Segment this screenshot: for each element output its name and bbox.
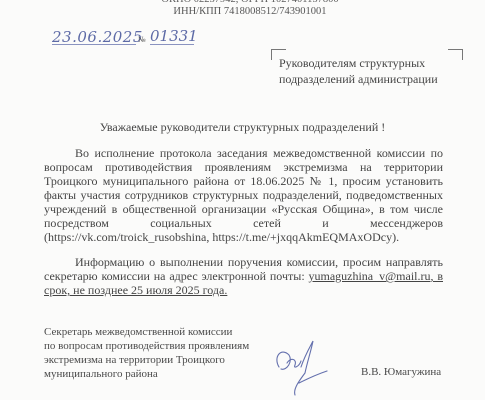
body-paragraph-2: Информацию о выполнении поручения комисс… <box>44 255 443 297</box>
email-link[interactable]: yumaguzhina_v@mail.ru <box>308 269 430 283</box>
greeting: Уважаемые руководители структурных подра… <box>0 120 485 135</box>
paragraph-1-text: Во исполнение протокола заседания межвед… <box>44 146 443 244</box>
handwritten-number: 01331 <box>150 27 198 45</box>
number-underline <box>150 44 194 45</box>
handwritten-signature-icon <box>271 337 331 397</box>
addressee-block: Руководителям структурных подразделений … <box>279 55 438 87</box>
okpo-ogrn-line: ОКПО 02237942, ОГРН 1027401157800 <box>150 0 350 5</box>
signature-title-block: Секретарь межведомственной комиссии по в… <box>44 325 249 381</box>
signature-title-line-3: экстремизма на территории Троицкого <box>44 353 249 367</box>
addressee-line-1: Руководителям структурных <box>279 55 438 71</box>
signature-title-line-2: по вопросам противодействия проявлениям <box>44 339 249 353</box>
number-label: № <box>138 35 146 44</box>
inn-kpp-line: ИНН/КПП 7418008512/743901001 <box>150 6 350 17</box>
signer-name: В.В. Юмагужина <box>361 366 441 378</box>
signature-title-line-1: Секретарь межведомственной комиссии <box>44 325 249 339</box>
addressee-line-2: подразделений администрации <box>279 71 438 87</box>
date-underline <box>52 44 136 45</box>
body-paragraph-1: Во исполнение протокола заседания межвед… <box>44 146 443 244</box>
addressee-bracket-right <box>448 49 463 60</box>
signature-title-line-4: муниципального района <box>44 367 249 381</box>
